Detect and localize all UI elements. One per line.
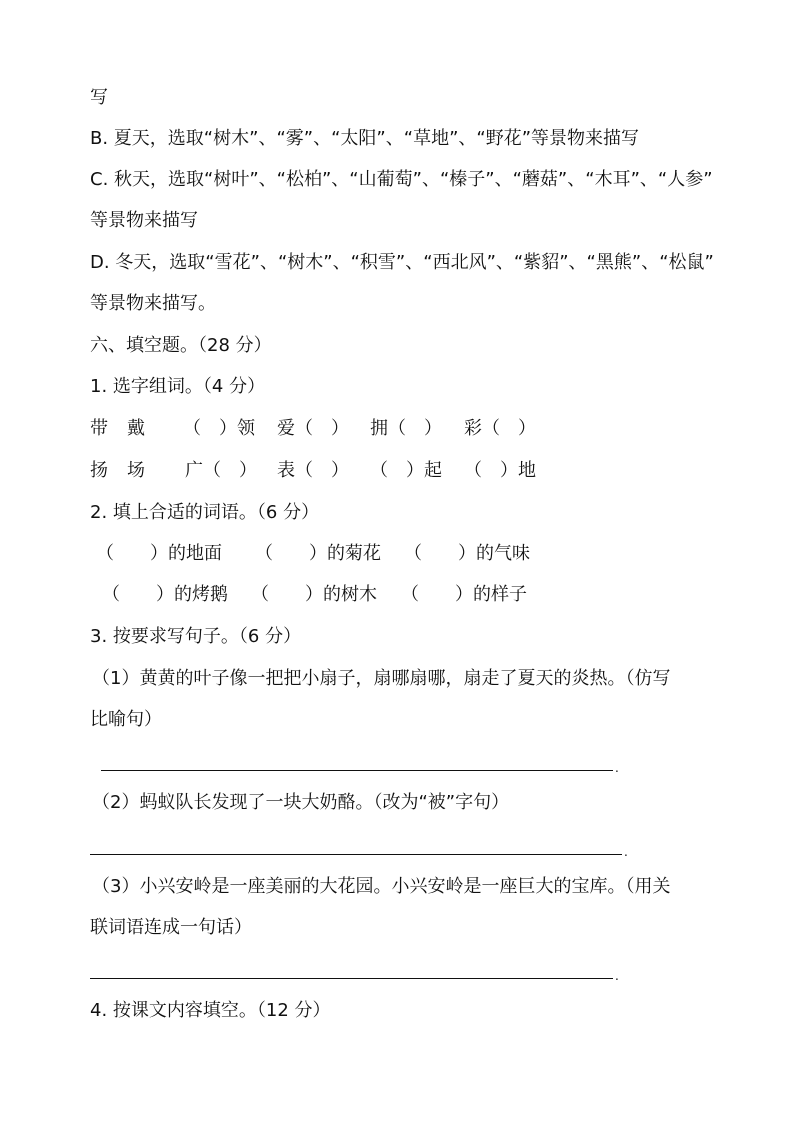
q2-blank[interactable]: （ ）的烤鹅 xyxy=(102,583,228,607)
answer-line-2-period: . xyxy=(624,846,628,858)
option-c-line1: C. 秋天，选取“树叶”、“松柏”、“山葡萄”、“榛子”、“蘑菇”、“木耳”、“… xyxy=(90,168,713,192)
q2-title: 2. 填上合适的词语。（6 分） xyxy=(90,501,319,525)
q1-blank[interactable]: 广（ ） xyxy=(185,459,257,483)
q1-blank[interactable]: 表（ ） xyxy=(277,459,349,483)
section-six-title: 六、填空题。（28 分） xyxy=(90,334,272,358)
q3-sentence-3-line1: （3）小兴安岭是一座美丽的大花园。小兴安岭是一座巨大的宝库。（用关 xyxy=(92,875,670,899)
option-d-line1: D. 冬天，选取“雪花”、“树木”、“积雪”、“西北风”、“紫貂”、“黑熊”、“… xyxy=(90,251,714,275)
answer-line-2[interactable] xyxy=(90,854,622,855)
q3-sentence-3-line2: 联词语连成一句话） xyxy=(90,916,252,940)
q1-blank[interactable]: 拥（ ） xyxy=(370,417,442,441)
answer-line-1-period: . xyxy=(615,762,619,774)
q3-sentence-1-line1: （1）黄黄的叶子像一把把小扇子，扇哪扇哪，扇走了夏天的炎热。（仿写 xyxy=(92,667,670,691)
q3-sentence-1-line2: 比喻句） xyxy=(90,708,162,732)
q3-sentence-2: （2）蚂蚁队长发现了一块大奶酪。（改为“被”字句） xyxy=(92,791,509,815)
option-c-line2: 等景物来描写 xyxy=(90,209,198,233)
option-d-line2: 等景物来描写。 xyxy=(90,292,216,316)
q2-blank[interactable]: （ ）的样子 xyxy=(401,583,527,607)
q2-blank[interactable]: （ ）的气味 xyxy=(404,542,530,566)
q2-blank[interactable]: （ ）的地面 xyxy=(96,542,222,566)
q1-blank[interactable]: 彩（ ） xyxy=(464,417,536,441)
q1-blank[interactable]: 爱（ ） xyxy=(277,417,349,441)
q1-char: 戴 xyxy=(127,417,145,441)
option-b: B. 夏天，选取“树木”、“雾”、“太阳”、“草地”、“野花”等景物来描写 xyxy=(90,127,639,151)
answer-line-3[interactable] xyxy=(90,978,613,979)
q3-title: 3. 按要求写句子。（6 分） xyxy=(90,625,301,649)
continuation-text: 写 xyxy=(90,86,108,110)
q1-title: 1. 选字组词。（4 分） xyxy=(90,375,265,399)
q4-title: 4. 按课文内容填空。（12 分） xyxy=(90,999,331,1023)
q2-blank[interactable]: （ ）的树木 xyxy=(251,583,377,607)
answer-line-3-period: . xyxy=(615,970,619,982)
q2-blank[interactable]: （ ）的菊花 xyxy=(255,542,381,566)
q1-char: 带 xyxy=(90,417,108,441)
q1-blank[interactable]: （ ）地 xyxy=(464,459,536,483)
answer-line-1[interactable] xyxy=(101,770,613,771)
q1-char: 扬 xyxy=(90,459,108,483)
q1-blank[interactable]: （ ）领 xyxy=(183,417,255,441)
q1-char: 场 xyxy=(127,459,145,483)
q1-blank[interactable]: （ ）起 xyxy=(370,459,442,483)
